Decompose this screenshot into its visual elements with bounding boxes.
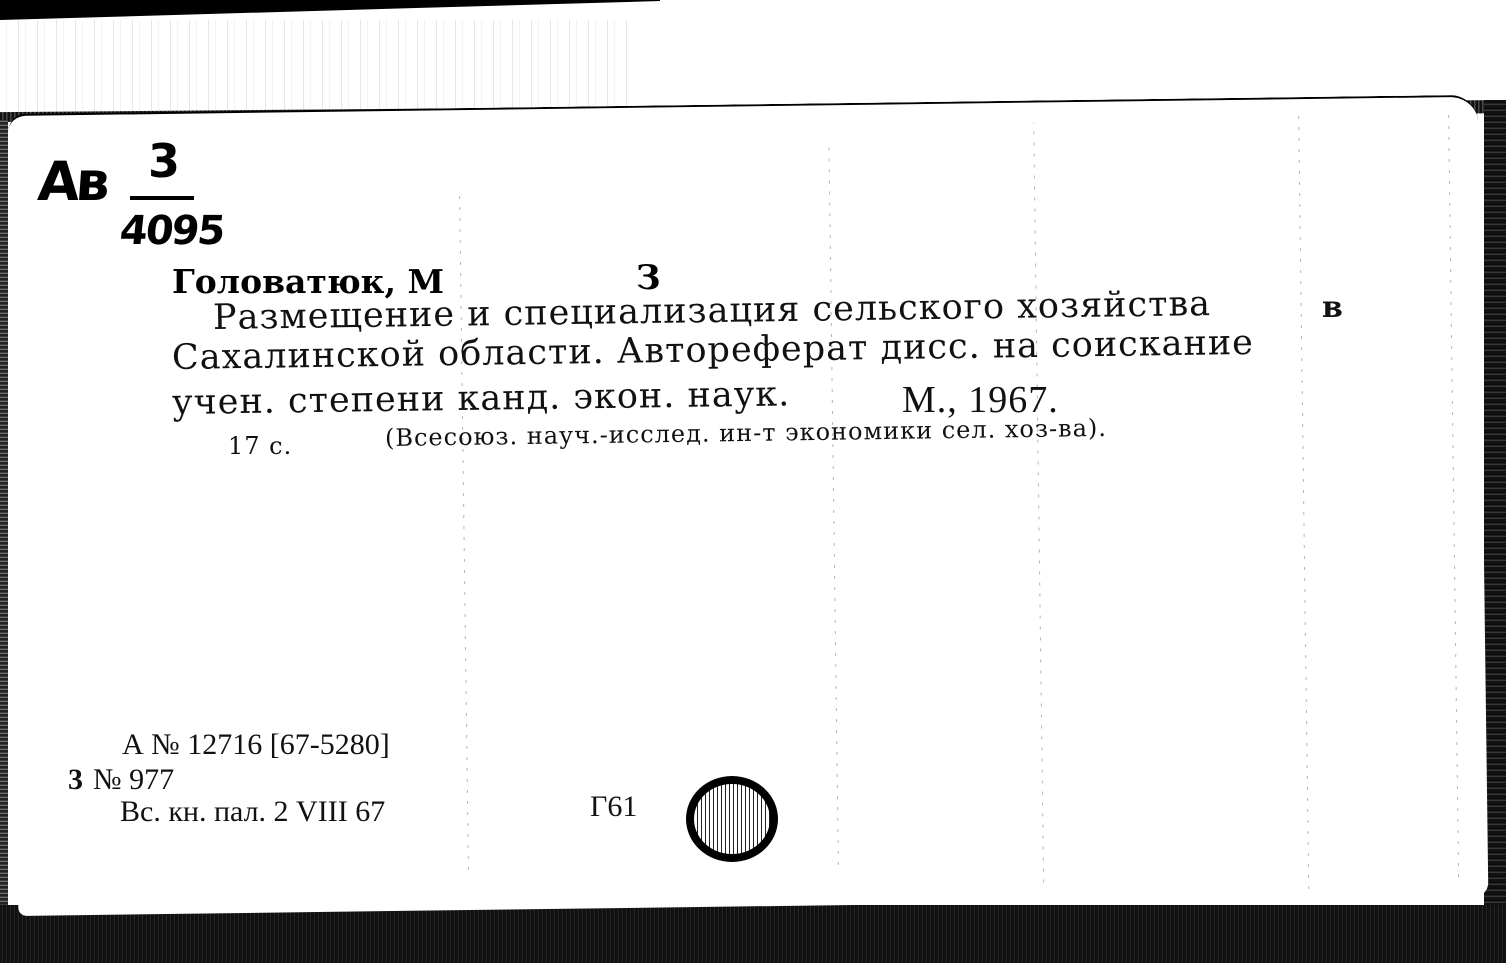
- shelfmark-fraction-bar: [130, 196, 194, 200]
- scan-noise-top: [0, 20, 630, 115]
- shelfmark-denominator: 4095: [118, 208, 226, 254]
- scan-border-top: [0, 0, 660, 20]
- scan-streak: [1298, 109, 1309, 889]
- scan-border-bottom: [0, 905, 1506, 963]
- punch-hole: [686, 776, 778, 862]
- registration-number: А № 12716 [67-5280]: [122, 728, 390, 762]
- title-line-1-tail: в: [1322, 290, 1344, 325]
- scan-streak: [1448, 107, 1459, 877]
- registration-line-2-number: № 977: [93, 763, 174, 796]
- scan-streak: [459, 190, 469, 870]
- page-count: 17 с.: [228, 432, 292, 460]
- scan-streak: [1033, 123, 1044, 883]
- shelfmark-prefix: Ав: [36, 150, 108, 213]
- scan-streak: [828, 145, 838, 865]
- registration-line-2-lead: 3: [68, 763, 83, 796]
- scan-border-left: [0, 120, 8, 920]
- chamber-stamp: Вс. кн. пал. 2 VIII 67: [120, 795, 385, 829]
- scan-border-right: [1484, 100, 1506, 930]
- shelfmark-numerator: 3: [148, 134, 180, 188]
- registration-line-2: 3№ 977: [68, 763, 174, 797]
- classification-code: Г61: [590, 790, 637, 824]
